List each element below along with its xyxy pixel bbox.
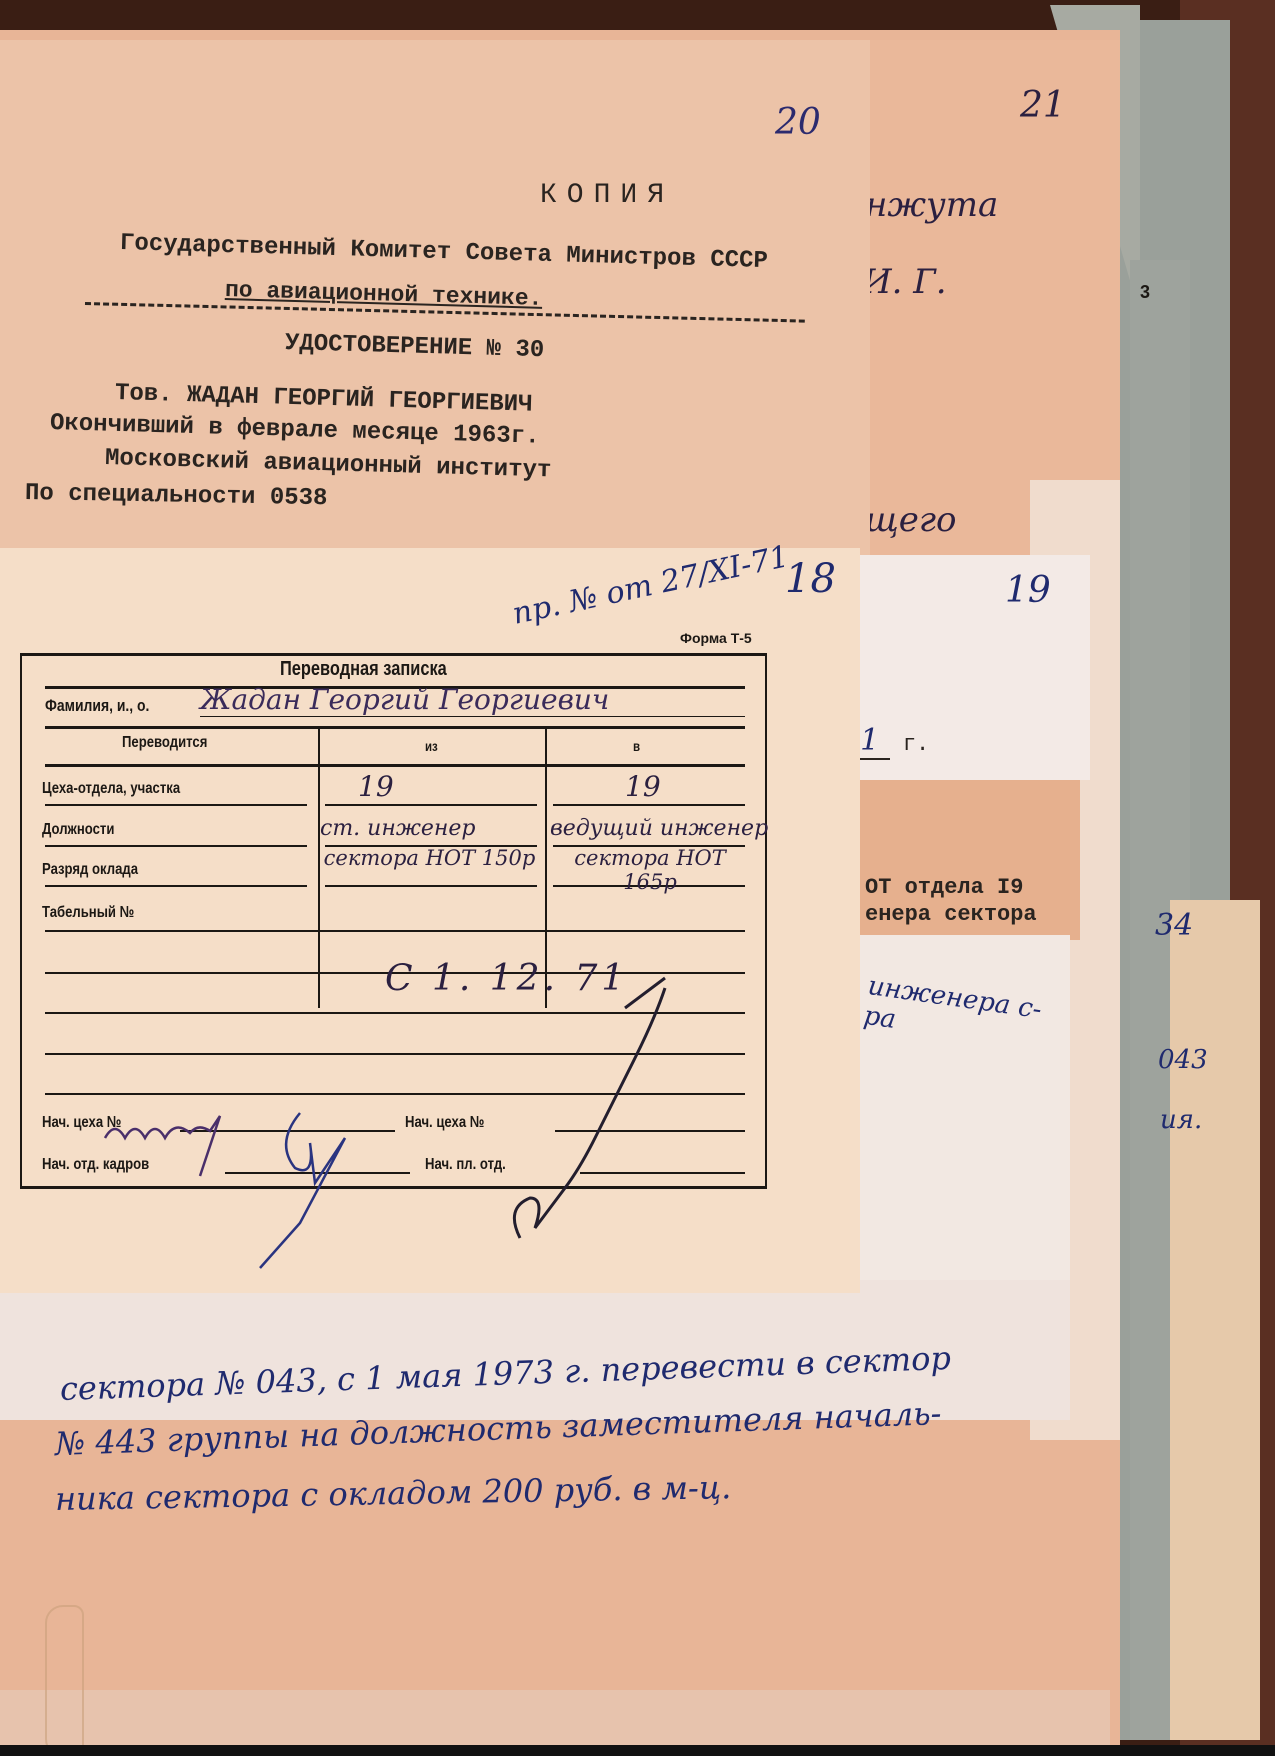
page-number-19: 19 <box>1005 570 1051 611</box>
transfer-note-form: 18 пр. № от 27/XI-71 Форма Т-5 Переводна… <box>0 548 860 1293</box>
certificate-title: УДОСТОВЕРЕНИЕ № 30 <box>285 330 545 364</box>
page-number-21: 21 <box>1020 85 1066 126</box>
sheet-34: 34 <box>1170 900 1260 1740</box>
copy-header: КОПИЯ <box>540 180 674 211</box>
handwriting-fragment: ия. <box>1160 1105 1202 1135</box>
typed-line-2: енера сектора <box>865 902 1037 927</box>
organization-line-1: Государственный Комитет Совета Министров… <box>120 230 769 275</box>
signature-scribbles-icon <box>0 548 860 1293</box>
institute-line: Московский авиационный институт <box>105 445 552 484</box>
handwriting-fragment: 043 <box>1158 1045 1208 1075</box>
specialty-line: По специальности 0538 <box>25 480 328 512</box>
scan-bottom-edge <box>0 1745 1275 1756</box>
handwriting-fragment: инженера с-ра <box>862 971 1073 1059</box>
handwriting-fragment: И. Г. <box>862 262 947 302</box>
page-number-20: 20 <box>775 102 821 143</box>
water-stain <box>45 1605 84 1756</box>
sheet-21-bottom-edge <box>0 1690 1110 1750</box>
date-suffix: г. <box>903 732 929 757</box>
copy-certificate-sheet: 20 КОПИЯ Государственный Комитет Совета … <box>0 40 870 560</box>
typed-line-1: ОТ отдела I9 <box>865 875 1023 900</box>
page-number-34: 34 <box>1155 908 1193 943</box>
grey-sheet-number: 3 <box>1140 282 1150 303</box>
handwriting-fragment: нжута <box>865 185 998 225</box>
